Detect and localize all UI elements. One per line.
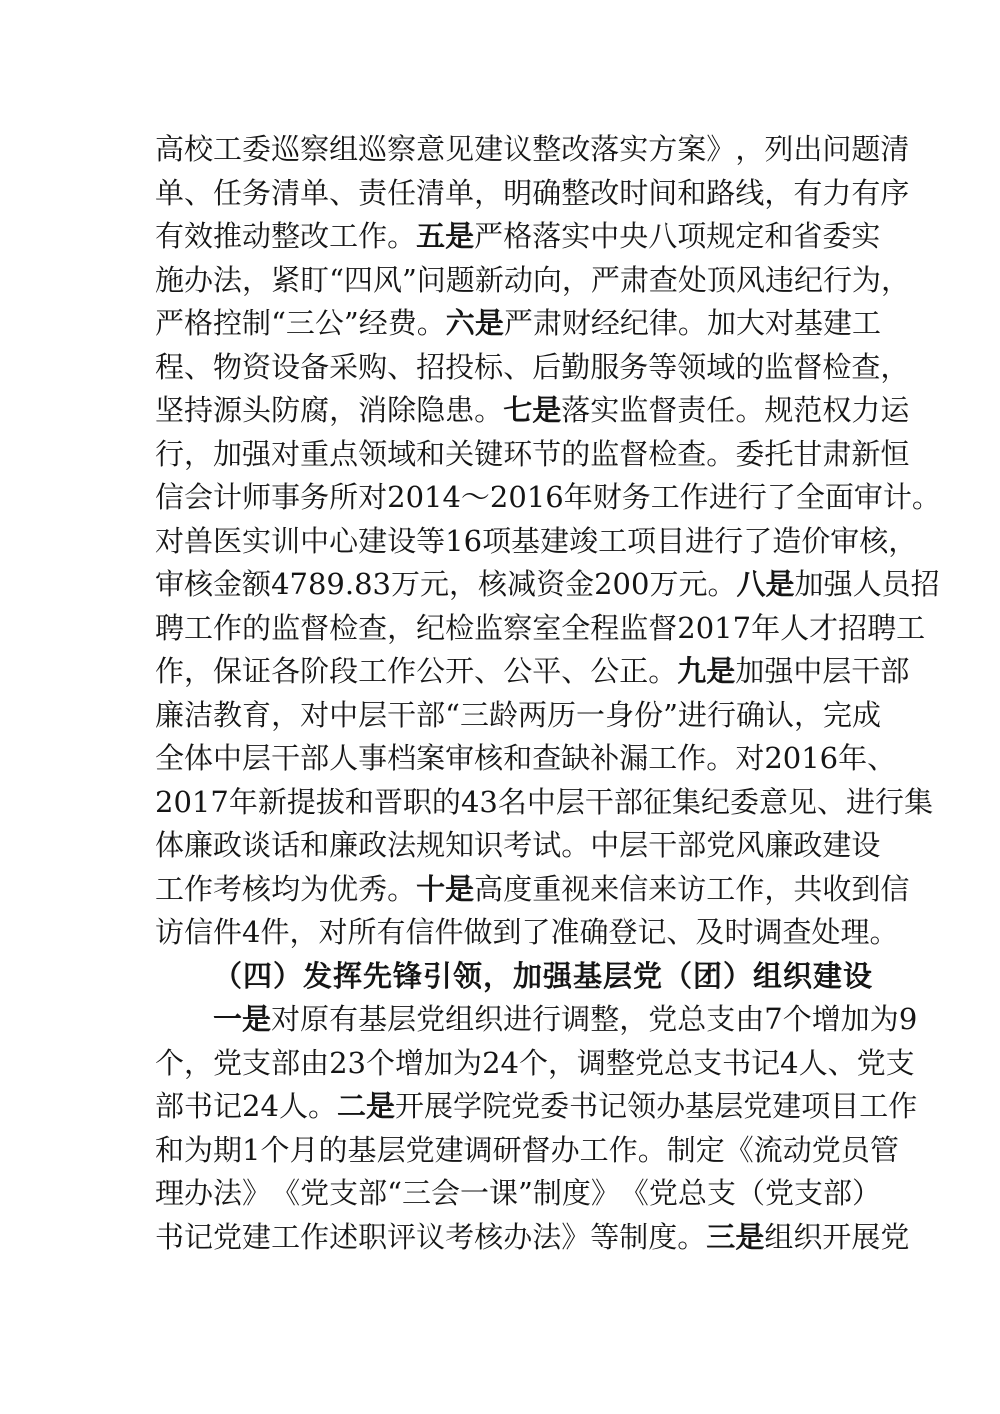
text-char: ， (184, 1042, 213, 1086)
text-char: 一 (460, 1172, 489, 1216)
text-char: 对 (765, 302, 794, 346)
text-char: 隐 (416, 389, 445, 433)
text-char: 服 (590, 346, 619, 390)
text-char: 24 (242, 1085, 279, 1129)
text-char: 党 (416, 998, 445, 1042)
emphasis-text: 是 (445, 868, 474, 912)
emphasis-text: 十 (416, 868, 445, 912)
text-char: 述 (329, 1216, 358, 1260)
text-char: 力 (851, 389, 880, 433)
text-char: 力 (822, 172, 851, 216)
text-char: 时 (619, 172, 648, 216)
text-char: 织 (793, 1216, 822, 1260)
text-char: 7 (764, 998, 782, 1042)
text-char: 党 (648, 998, 677, 1042)
text-char: 实 (561, 215, 590, 259)
text-char: 支 (329, 1172, 358, 1216)
text-char: 办 (656, 1085, 685, 1129)
text-char: 工 (859, 1085, 888, 1129)
text-char: 推 (213, 215, 242, 259)
text-char: 减 (507, 563, 536, 607)
text-char: 年 (838, 737, 867, 781)
text-char: 支 (706, 998, 735, 1042)
text-char: 到 (851, 868, 880, 912)
text-char: 工 (329, 215, 358, 259)
text-char: 医 (213, 520, 242, 564)
text-char: 。 (677, 1216, 706, 1260)
text-char: 由 (300, 1042, 329, 1086)
text-char: 源 (213, 389, 242, 433)
text-char: ， (764, 868, 793, 912)
text-char: 制 (619, 1216, 648, 1260)
text-char: 购 (358, 346, 387, 390)
text-char: 物 (213, 346, 242, 390)
text-line: 作，保证各阶段工作公开、公平、公正。九是加强中层干部 (155, 650, 848, 694)
text-char: 办 (551, 1129, 580, 1173)
text-char: 。 (678, 302, 707, 346)
text-char: 作 (155, 650, 184, 694)
text-char: 制 (242, 302, 271, 346)
text-char: 记 (751, 1042, 780, 1086)
text-char: 对 (735, 737, 764, 781)
text-char: 部 (823, 1172, 852, 1216)
text-char: （ (736, 1172, 765, 1216)
text-line: 全体中层干部人事档案审核和查缺补漏工作。对2016年、 (155, 737, 848, 781)
text-char: ” (402, 259, 417, 303)
text-line: 坚持源头防腐，消除隐患。七是落实监督责任。规范权力运 (155, 389, 848, 433)
text-char: 学 (453, 1085, 482, 1129)
text-char: 出 (793, 128, 822, 172)
text-char: 资 (242, 346, 271, 390)
text-char: 控 (213, 302, 242, 346)
text-char: 三 (460, 694, 489, 738)
text-line: 和为期1个月的基层党建调研督办工作。制定《流动党员管 (155, 1129, 848, 1173)
text-char: 书 (722, 1042, 751, 1086)
text-char: 。 (387, 215, 416, 259)
text-char: 整 (532, 128, 561, 172)
text-char: 基 (794, 302, 823, 346)
text-char: 明 (503, 172, 532, 216)
text-char: 三 (286, 302, 315, 346)
text-char: 党 (213, 1042, 242, 1086)
text-char: 实 (590, 389, 619, 433)
text-char: 调 (464, 1129, 493, 1173)
text-char: 书 (155, 1216, 184, 1260)
text-char: 行 (875, 781, 904, 825)
text-char: 部 (614, 781, 643, 825)
text-char: 廉 (764, 824, 793, 868)
text-char: 风 (373, 259, 402, 303)
text-char: 两 (518, 694, 547, 738)
text-char: 竣 (569, 520, 598, 564)
text-char: 制 (667, 1129, 696, 1173)
text-char: 察 (503, 607, 532, 651)
text-char: 清 (880, 128, 909, 172)
text-char: 体 (184, 737, 213, 781)
text-char: 单 (155, 172, 184, 216)
text-char: 恒 (880, 433, 909, 477)
text-char: 育 (242, 694, 271, 738)
text-char: 作 (735, 868, 764, 912)
text-char: 廉 (155, 694, 184, 738)
text-char: 考 (213, 868, 242, 912)
text-char: 有 (155, 215, 184, 259)
text-char: 题 (851, 128, 880, 172)
text-char: 。 (648, 650, 677, 694)
text-char: 月 (290, 1129, 319, 1173)
text-char: 期 (213, 1129, 242, 1173)
text-char: 工 (358, 650, 387, 694)
text-char: 间 (648, 172, 677, 216)
text-char: 关 (445, 433, 474, 477)
emphasis-text: 五 (416, 215, 445, 259)
text-char: 和 (677, 172, 706, 216)
text-char: 强 (242, 433, 271, 477)
text-char: 心 (329, 520, 358, 564)
text-char: 额 (242, 563, 271, 607)
text-char: 意 (759, 781, 788, 825)
text-char: 兽 (184, 520, 213, 564)
text-char: 造 (772, 520, 801, 564)
text-char: 征 (643, 781, 672, 825)
text-char: 事 (271, 476, 300, 520)
text-char: 为 (852, 259, 881, 303)
text-char: 领 (627, 1085, 656, 1129)
text-char: 落 (590, 128, 619, 172)
text-char: 调 (561, 998, 590, 1042)
text-char: 信 (155, 476, 184, 520)
text-char: 知 (445, 824, 474, 868)
text-char: 行 (823, 259, 852, 303)
text-char: 整 (561, 172, 590, 216)
text-char: 经 (359, 302, 388, 346)
text-char: ， (329, 389, 358, 433)
text-line: 访信件4件，对所有信件做到了准确登记、及时调查处理。 (155, 911, 848, 955)
text-char: 招 (911, 563, 940, 607)
text-char: 规 (416, 824, 445, 868)
text-char: 加 (213, 433, 242, 477)
text-char: 纪 (701, 781, 730, 825)
text-char: 对 (358, 476, 387, 520)
text-char: 动 (242, 215, 271, 259)
text-char: 监 (764, 346, 793, 390)
text-char: 的 (432, 781, 461, 825)
text-char: 廉 (329, 824, 358, 868)
text-char: ， (562, 259, 591, 303)
text-char: 缺 (561, 737, 590, 781)
text-char: 违 (765, 259, 794, 303)
text-char: 列 (764, 128, 793, 172)
emphasis-text: 是 (735, 1216, 764, 1260)
text-char: 进 (685, 520, 714, 564)
text-char: 、 (387, 346, 416, 390)
text-char: 职 (403, 781, 432, 825)
text-char: 进 (503, 998, 532, 1042)
text-char: 法 (532, 1216, 561, 1260)
text-char: 信 (880, 868, 909, 912)
text-char: 建 (772, 1085, 801, 1129)
text-char: 年 (564, 476, 593, 520)
text-char: 作 (300, 1216, 329, 1260)
text-char: 部 (677, 824, 706, 868)
text-char: 2017 (677, 607, 751, 651)
text-char: 问 (417, 259, 446, 303)
text-char: 面 (825, 476, 854, 520)
text-char: 部 (416, 694, 445, 738)
text-char: 严 (591, 259, 620, 303)
text-char: 查 (677, 433, 706, 477)
text-char: 域 (706, 346, 735, 390)
emphasis-text: 是 (366, 1085, 395, 1129)
text-char: 和 (300, 824, 329, 868)
text-char: 聘 (867, 607, 896, 651)
text-char: 。 (706, 433, 735, 477)
text-char: 点 (329, 433, 358, 477)
text-char: 共 (793, 868, 822, 912)
text-char: 行 (155, 433, 184, 477)
text-line: 程、物资设备采购、招投标、后勤服务等领域的监督检查， (155, 346, 848, 390)
text-char: 由 (735, 998, 764, 1042)
text-char: 部 (358, 1172, 387, 1216)
text-char: 。 (708, 563, 737, 607)
text-char: 巡 (271, 128, 300, 172)
text-char: 新 (851, 433, 880, 477)
text-char: 员 (882, 563, 911, 607)
text-char: 金 (565, 563, 594, 607)
text-char: 督 (300, 607, 329, 651)
text-char: 改 (590, 172, 619, 216)
text-char: 对 (271, 433, 300, 477)
text-char: 后 (532, 346, 561, 390)
text-line: 理办法》《党支部“三会一课”制度》《党总支（党支部） (155, 1172, 848, 1216)
text-char: 有 (329, 998, 358, 1042)
text-line: 高校工委巡察组巡察意见建议整改落实方案》，列出问题清 (155, 128, 848, 172)
text-char: 建 (474, 128, 503, 172)
text-char: ， (474, 172, 503, 216)
text-char: 议 (416, 1216, 445, 1260)
text-char: 督 (522, 1129, 551, 1173)
text-char: 题 (446, 259, 475, 303)
text-char: 个 (261, 1129, 290, 1173)
text-char: 中 (329, 694, 358, 738)
text-char: 正 (619, 650, 648, 694)
text-char: 考 (503, 824, 532, 868)
text-char: 问 (822, 128, 851, 172)
text-char: 对 (300, 694, 329, 738)
text-char: 均 (271, 868, 300, 912)
text-char: 会 (431, 1172, 460, 1216)
text-char: 拔 (316, 781, 345, 825)
text-char: 审 (854, 476, 883, 520)
text-char: ， (449, 563, 478, 607)
text-char: 个 (155, 1042, 184, 1086)
emphasis-text: 七 (503, 389, 532, 433)
text-char: ， (764, 172, 793, 216)
text-char: 法 (213, 259, 242, 303)
text-char: 加 (424, 1042, 453, 1086)
text-char: 设 (387, 520, 416, 564)
text-char: 法 (387, 824, 416, 868)
text-char: 、 (184, 172, 213, 216)
text-char: 工 (271, 1216, 300, 1260)
text-line: 工作考核均为优秀。十是高度重视来信来访工作，共收到信 (155, 868, 848, 912)
text-char: 整 (606, 1042, 635, 1086)
text-char: 部 (155, 1085, 184, 1129)
text-char: 》 (242, 1172, 271, 1216)
text-char: 课 (489, 1172, 518, 1216)
text-char: 核 (474, 1216, 503, 1260)
text-char: 八 (648, 215, 677, 259)
text-char: 程 (590, 607, 619, 651)
text-char: 工 (648, 737, 677, 781)
text-char: 委 (540, 1085, 569, 1129)
text-char: 作 (184, 868, 213, 912)
emphasis-text: 九 (677, 650, 706, 694)
text-char: 等 (590, 1216, 619, 1260)
text-char: 200 (594, 563, 649, 607)
emphasis-text: 是 (475, 302, 504, 346)
text-char: 域 (387, 433, 416, 477)
text-char: 监 (271, 607, 300, 651)
text-char: 层 (619, 824, 648, 868)
text-char: 和 (345, 781, 374, 825)
text-char: 甘 (793, 433, 822, 477)
text-char: 组 (329, 128, 358, 172)
text-char: 。 (387, 868, 416, 912)
text-char: 阶 (300, 650, 329, 694)
text-char: 开 (822, 1216, 851, 1260)
text-char: 《 (725, 1129, 754, 1173)
text-char: 作 (387, 650, 416, 694)
text-char: 督 (648, 607, 677, 651)
text-char: 高 (474, 868, 503, 912)
text-char: 审 (445, 737, 474, 781)
text-char: 评 (387, 1216, 416, 1260)
text-char: 试 (532, 824, 561, 868)
text-char: 党 (857, 1042, 886, 1086)
text-char: 法 (213, 1172, 242, 1216)
text-char: 施 (155, 259, 184, 303)
text-char: 作 (609, 1129, 638, 1173)
text-char: 工 (896, 607, 925, 651)
text-char: 秀 (358, 868, 387, 912)
text-char: 管 (870, 1129, 899, 1173)
text-char: 核 (242, 868, 271, 912)
text-char: 委 (242, 128, 271, 172)
text-char: 会 (184, 476, 213, 520)
text-char: 纪 (416, 607, 445, 651)
text-char: 设 (851, 824, 880, 868)
document-page: 高校工委巡察组巡察意见建议整改落实方案》，列出问题清单、任务清单、责任清单，明确… (0, 0, 1000, 1414)
text-char: 段 (329, 650, 358, 694)
text-line: 聘工作的监督检查，纪检监察室全程监督2017年人才招聘工 (155, 607, 848, 651)
text-char: 检 (822, 346, 851, 390)
text-char: 干 (387, 694, 416, 738)
text-char: 部 (300, 737, 329, 781)
text-char: 防 (271, 389, 300, 433)
text-char: 格 (184, 302, 213, 346)
text-char: 审 (830, 520, 859, 564)
text-char: 调 (577, 1042, 606, 1086)
text-char: 各 (271, 650, 300, 694)
text-char: 工 (213, 128, 242, 172)
text-char: 序 (880, 172, 909, 216)
text-char: 支 (242, 1042, 271, 1086)
text-char: 部 (271, 1042, 300, 1086)
text-char: 设 (271, 346, 300, 390)
text-char: 核 (184, 563, 213, 607)
text-char: 持 (184, 389, 213, 433)
text-char: 除 (387, 389, 416, 433)
text-char: 基 (358, 998, 387, 1042)
text-char: 和 (503, 737, 532, 781)
text-char: 新 (475, 259, 504, 303)
text-line: 个，党支部由23个增加为24个，调整党总支书记4人、党支 (155, 1042, 848, 1086)
text-char: 院 (482, 1085, 511, 1129)
text-char: ” (344, 302, 359, 346)
text-char: 定 (735, 215, 764, 259)
text-char: 办 (503, 1216, 532, 1260)
text-char: 强 (764, 650, 793, 694)
text-char: 校 (184, 128, 213, 172)
text-char: 标 (474, 346, 503, 390)
text-char: 察 (300, 128, 329, 172)
text-char: 责 (677, 389, 706, 433)
text-char: 展 (851, 1216, 880, 1260)
text-char: 督 (619, 433, 648, 477)
text-char: 确 (736, 694, 765, 738)
text-char: 进 (846, 781, 875, 825)
text-char: 项 (482, 520, 511, 564)
text-char: 核 (474, 737, 503, 781)
text-char: 监 (619, 607, 648, 651)
text-char: 党 (706, 824, 735, 868)
text-char: 建 (823, 302, 852, 346)
text-char: 的 (319, 1129, 348, 1173)
text-char: 中 (527, 781, 556, 825)
text-char: 落 (561, 389, 590, 433)
text-char: 计 (213, 476, 242, 520)
text-char: 平 (532, 650, 561, 694)
text-char: 历 (547, 694, 576, 738)
text-char: 方 (648, 128, 677, 172)
text-line: 廉洁教育，对中层干部“三龄两历一身份”进行确认，完成 (155, 694, 848, 738)
text-char: 高 (155, 128, 184, 172)
text-char: 作 (213, 607, 242, 651)
text-char: 腐 (300, 389, 329, 433)
text-char: 支 (794, 1172, 823, 1216)
text-char: 工 (155, 868, 184, 912)
text-char: 察 (387, 128, 416, 172)
text-char: 盯 (300, 259, 329, 303)
text-char: 风 (736, 259, 765, 303)
text-char: 有 (793, 172, 822, 216)
text-char: 档 (387, 737, 416, 781)
text-char: 查 (358, 607, 387, 651)
text-char: “ (445, 694, 460, 738)
text-char: 和 (416, 433, 445, 477)
text-char: 层 (556, 781, 585, 825)
emphasis-text: 是 (445, 215, 474, 259)
text-char: 省 (793, 215, 822, 259)
text-char: 开 (445, 650, 474, 694)
text-char: 见 (445, 128, 474, 172)
text-char: 份 (634, 694, 663, 738)
text-char: 支 (886, 1042, 915, 1086)
text-line: 一是对原有基层党组织进行调整，党总支由7个增加为9 (155, 998, 848, 1042)
text-char: 聘 (155, 607, 184, 651)
text-char: 政 (213, 824, 242, 868)
